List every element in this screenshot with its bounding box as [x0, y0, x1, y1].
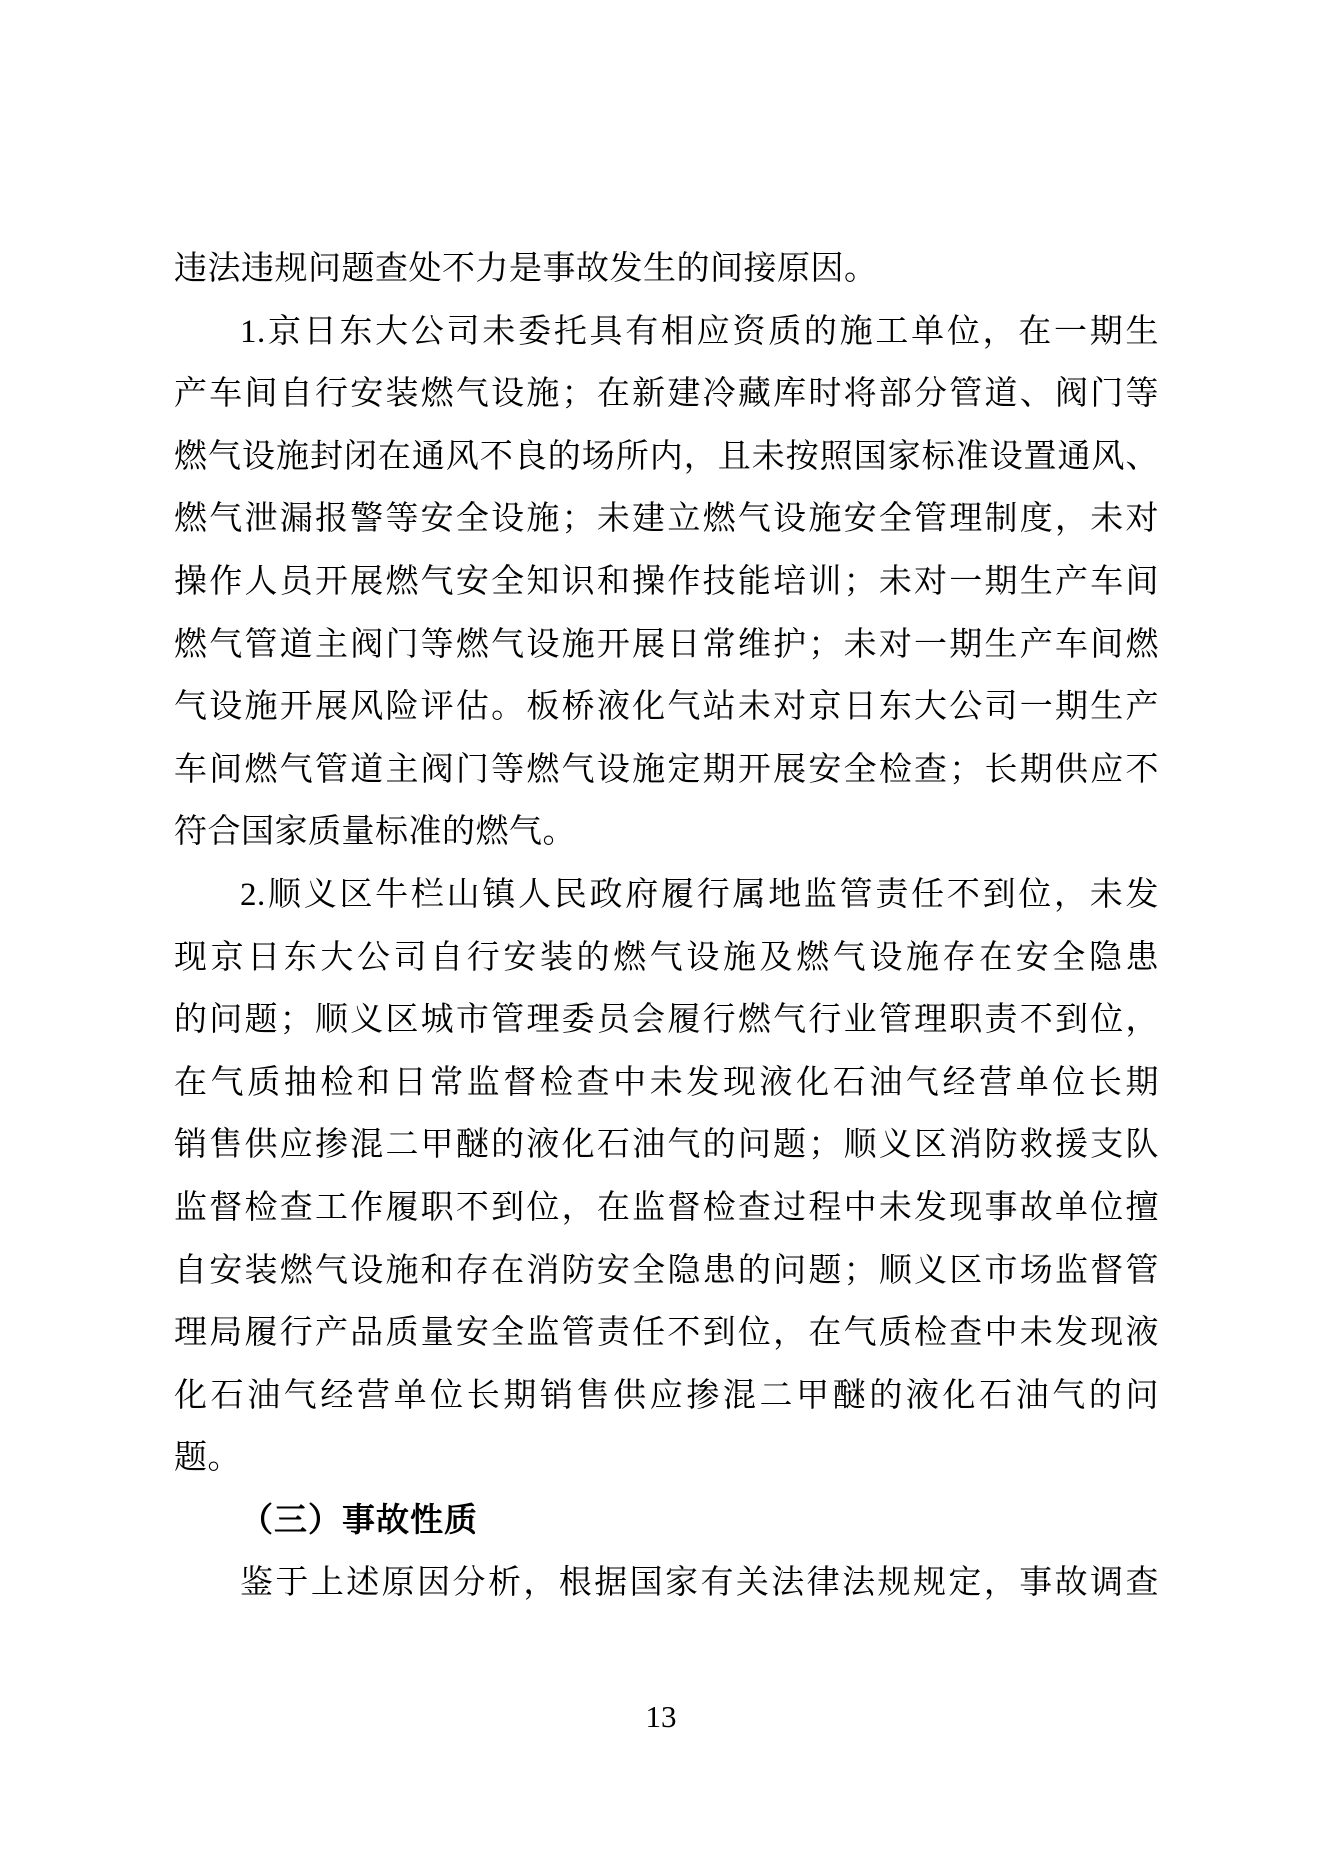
text-line: 车间燃气管道主阀门等燃气设施定期开展安全检查；长期供应不 [174, 739, 1159, 802]
text-line: 1.京日东大公司未委托具有相应资质的施工单位，在一期生 [174, 301, 1159, 364]
text-line: 操作人员开展燃气安全知识和操作技能培训；未对一期生产车间 [174, 551, 1159, 614]
text-line: 题。 [174, 1427, 1159, 1490]
text-line: 符合国家质量标准的燃气。 [174, 801, 1159, 864]
text-line: 在气质抽检和日常监督检查中未发现液化石油气经营单位长期 [174, 1052, 1159, 1115]
text-line: 违法违规问题查处不力是事故发生的间接原因。 [174, 238, 1159, 301]
text-line: 监督检查工作履职不到位，在监督检查过程中未发现事故单位擅 [174, 1177, 1159, 1240]
text-line: 气设施开展风险评估。板桥液化气站未对京日东大公司一期生产 [174, 676, 1159, 739]
text-line: 燃气管道主阀门等燃气设施开展日常维护；未对一期生产车间燃 [174, 614, 1159, 677]
text-line: 化石油气经营单位长期销售供应掺混二甲醚的液化石油气的问 [174, 1365, 1159, 1428]
text-line: 燃气设施封闭在通风不良的场所内，且未按照国家标准设置通风、 [174, 426, 1159, 489]
text-line: 鉴于上述原因分析，根据国家有关法律法规规定，事故调查 [174, 1552, 1159, 1615]
text-line: 2.顺义区牛栏山镇人民政府履行属地监管责任不到位，未发 [174, 864, 1159, 927]
section-heading: （三）事故性质 [174, 1490, 1159, 1553]
page-number: 13 [0, 1698, 1322, 1736]
document-body: 违法违规问题查处不力是事故发生的间接原因。1.京日东大公司未委托具有相应资质的施… [174, 238, 1159, 1615]
text-line: 产车间自行安装燃气设施；在新建冷藏库时将部分管道、阀门等 [174, 363, 1159, 426]
text-line: 理局履行产品质量安全监管责任不到位，在气质检查中未发现液 [174, 1302, 1159, 1365]
document-page: { "page": { "background": "#ffffff", "te… [0, 0, 1322, 1870]
text-line: 的问题；顺义区城市管理委员会履行燃气行业管理职责不到位， [174, 989, 1159, 1052]
text-line: 自安装燃气设施和存在消防安全隐患的问题；顺义区市场监督管 [174, 1240, 1159, 1303]
text-line: 现京日东大公司自行安装的燃气设施及燃气设施存在安全隐患 [174, 927, 1159, 990]
report-page: 违法违规问题查处不力是事故发生的间接原因。1.京日东大公司未委托具有相应资质的施… [0, 0, 1322, 1870]
text-line: 燃气泄漏报警等安全设施；未建立燃气设施安全管理制度，未对 [174, 488, 1159, 551]
text-line: 销售供应掺混二甲醚的液化石油气的问题；顺义区消防救援支队 [174, 1114, 1159, 1177]
